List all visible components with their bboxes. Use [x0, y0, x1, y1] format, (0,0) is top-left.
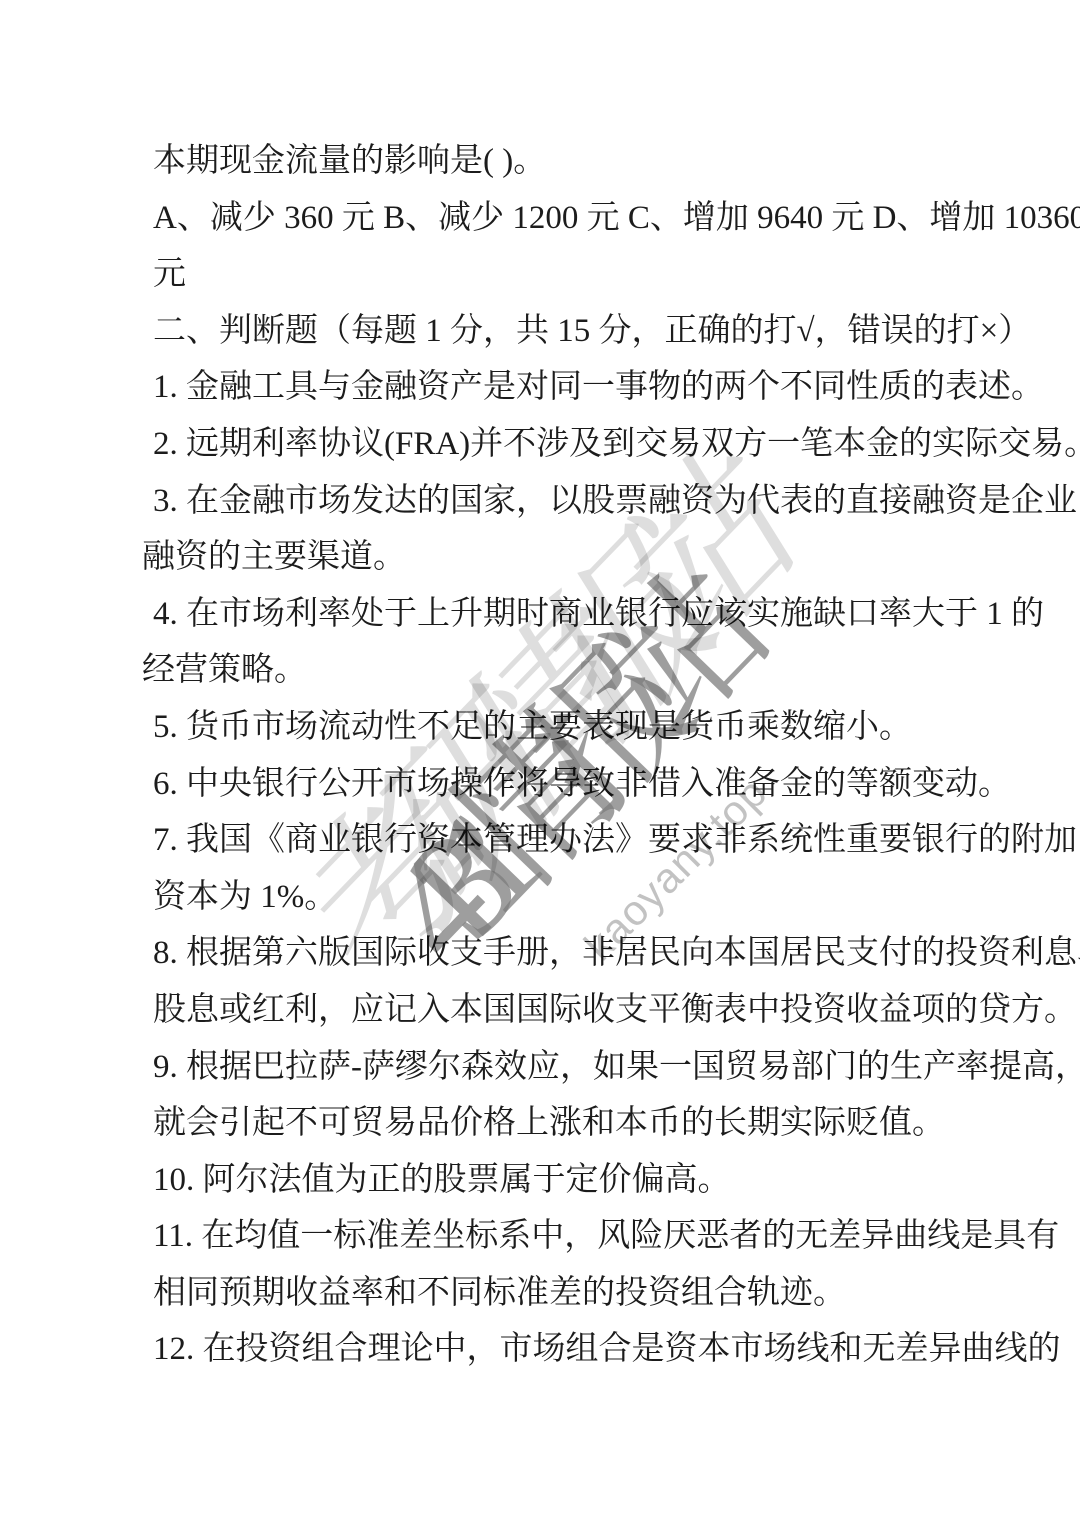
text-line: 2. 远期利率协议(FRA)并不涉及到交易双方一笔本金的实际交易。: [153, 416, 932, 473]
text-line: 5. 货币市场流动性不足的主要表现是货币乘数缩小。: [153, 699, 932, 756]
text-line: 12. 在投资组合理论中，市场组合是资本市场线和无差异曲线的: [153, 1321, 932, 1378]
text-line: 8. 根据第六版国际收支手册，非居民向本国居民支付的投资利息、: [153, 925, 932, 982]
text-line: 11. 在均值一标准差坐标系中，风险厌恶者的无差异曲线是具有: [153, 1208, 932, 1265]
text-line: 融资的主要渠道。: [142, 529, 932, 586]
text-line: 3. 在金融市场发达的国家，以股票融资为代表的直接融资是企业: [153, 473, 932, 530]
text-line: 9. 根据巴拉萨-萨缪尔森效应，如果一国贸易部门的生产率提高，: [153, 1039, 932, 1096]
exam-document-page: 考研情报站 431情报站 kaoyany.top 本期现金流量的影响是( )。A…: [0, 0, 1080, 1527]
exam-text-block: 本期现金流量的影响是( )。A、减少 360 元 B、减少 1200 元 C、增…: [153, 133, 932, 1378]
text-line: 本期现金流量的影响是( )。: [153, 133, 932, 190]
text-line: 相同预期收益率和不同标准差的投资组合轨迹。: [153, 1265, 932, 1322]
text-line: 经营策略。: [142, 642, 932, 699]
text-line: 7. 我国《商业银行资本管理办法》要求非系统性重要银行的附加: [153, 812, 932, 869]
text-line: 资本为 1%。: [153, 869, 932, 926]
text-line: A、减少 360 元 B、减少 1200 元 C、增加 9640 元 D、增加 …: [153, 190, 932, 247]
text-line: 10. 阿尔法值为正的股票属于定价偏高。: [153, 1152, 932, 1209]
text-line: 元: [153, 246, 932, 303]
text-line: 1. 金融工具与金融资产是对同一事物的两个不同性质的表述。: [153, 359, 932, 416]
text-line: 6. 中央银行公开市场操作将导致非借入准备金的等额变动。: [153, 756, 932, 813]
text-line: 二、判断题（每题 1 分，共 15 分，正确的打√，错误的打×）: [153, 303, 932, 360]
text-line: 4. 在市场利率处于上升期时商业银行应该实施缺口率大于 1 的: [153, 586, 932, 643]
text-line: 就会引起不可贸易品价格上涨和本币的长期实际贬值。: [153, 1095, 932, 1152]
text-line: 股息或红利，应记入本国国际收支平衡表中投资收益项的贷方。: [153, 982, 932, 1039]
